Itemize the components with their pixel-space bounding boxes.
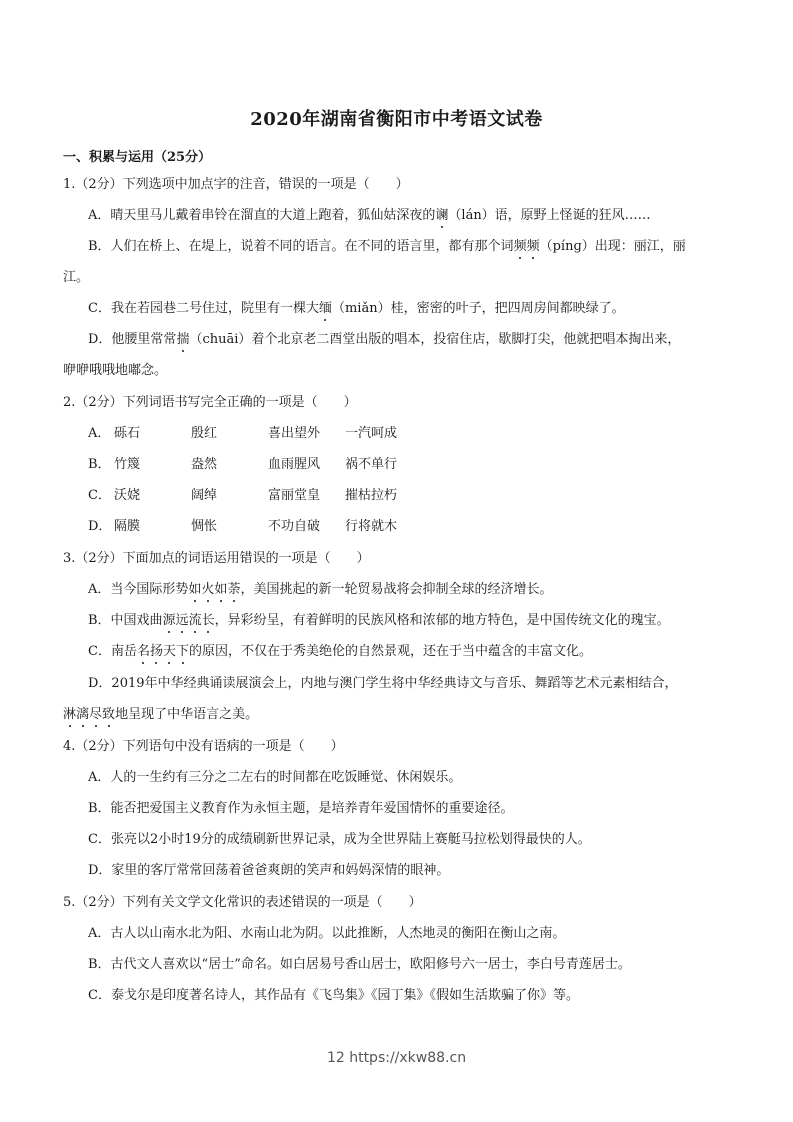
option-text: D．他腰里常常: [88, 332, 176, 347]
option-text: （miǎn）桂，密密的叶子，把四周房间都映绿了。: [332, 301, 625, 316]
word: 竹篾: [114, 456, 191, 474]
word: 喜出望外: [268, 425, 345, 443]
emphasized-char: 缅: [319, 301, 332, 316]
question-3-stem: 3.（2分）下面加点的词语运用错误的一项是（ ）: [63, 550, 370, 568]
question-1-stem: 1.（2分）下列选项中加点字的注音，错误的一项是（ ）: [63, 176, 409, 194]
word: 砾石: [114, 425, 191, 443]
option-text: B．人们在桥上、在堤上，说着不同的语言。在不同的语言里，都有那个词: [88, 239, 514, 254]
question-5-option-b: B．古代文人喜欢以“居士”命名。如白居易号香山居士，欧阳修号六一居士，李白号青莲…: [88, 956, 631, 974]
question-2-option-a: A．砾石殷红喜出望外一汽呵成: [88, 425, 422, 443]
question-4-option-b: B．能否把爱国主义教育作为永恒主题，是培养青年爱国情怀的重要途径。: [88, 800, 514, 818]
word: 隔膜: [114, 518, 191, 536]
question-1-option-c: C．我在若园巷二号住过，院里有一棵大缅（miǎn）桂，密密的叶子，把四周房间都映…: [88, 300, 625, 318]
question-5-option-a: A．古人以山南水北为阳、水南山北为阴。以此推断，人杰地灵的衡阳在衡山之南。: [88, 925, 565, 943]
page-footer: 12 https://xkw88.cn: [0, 1050, 793, 1066]
question-2-option-d: D．隔膜惆怅不功自破行将就木: [88, 518, 422, 536]
emphasized-phrase: 淋漓尽致: [63, 707, 115, 722]
emphasized-char: 频频: [514, 239, 540, 254]
section-heading: 一、积累与运用（25分）: [63, 146, 211, 165]
emphasized-phrase: 如火如荼: [188, 582, 240, 597]
question-4-stem: 4.（2分）下列语句中没有语病的一项是（ ）: [63, 738, 344, 756]
emphasized-char: 揣: [176, 332, 189, 347]
word: 祸不单行: [345, 456, 422, 474]
emphasized-phrase: 名扬天下: [137, 644, 189, 659]
word: 一汽呵成: [345, 425, 422, 443]
question-3-option-d: D．2019年中华经典诵读展演会上，内地与澳门学生将中华经典诗文与音乐、舞蹈等艺…: [88, 675, 678, 693]
question-4-option-d: D．家里的客厅常常回荡着爸爸爽朗的笑声和妈妈深情的眼神。: [88, 862, 449, 880]
word: 惆怅: [191, 518, 268, 536]
word: 行将就木: [345, 518, 422, 536]
option-text: ，美国挑起的新一轮贸易战将会抑制全球的经济增长。: [240, 582, 552, 597]
question-2-option-b: B．竹篾盎然血雨腥风祸不单行: [88, 456, 422, 474]
option-text: A．当今国际形势: [88, 582, 188, 597]
question-3-option-c: C．南岳名扬天下的原因，不仅在于秀美绝伦的自然景观，还在于当中蕴含的丰富文化。: [88, 643, 592, 661]
question-3-option-a: A．当今国际形势如火如荼，美国挑起的新一轮贸易战将会抑制全球的经济增长。: [88, 581, 552, 599]
option-text: C．我在若园巷二号住过，院里有一棵大: [88, 301, 319, 316]
option-text: 的原因，不仅在于秀美绝伦的自然景观，还在于当中蕴含的丰富文化。: [189, 644, 592, 659]
question-2-option-c: C．沃娆阔绰富丽堂皇摧枯拉朽: [88, 487, 422, 505]
emphasized-char: 谰: [435, 208, 448, 223]
question-4-option-c: C．张亮以2小时19分的成绩刷新世界记录，成为全世界陆上赛艇马拉松划得最快的人。: [88, 831, 591, 849]
option-text: C．南岳: [88, 644, 137, 659]
question-1-option-d-continued: 咿咿哦哦地嘟念。: [63, 362, 167, 380]
word: 血雨腥风: [268, 456, 345, 474]
option-text: （chuāi）着个北京老二酉堂出版的唱本，投宿住店，歇脚打尖，他就把唱本掏出来，: [189, 332, 680, 347]
question-2-stem: 2.（2分）下列词语书写完全正确的一项是（ ）: [63, 394, 357, 412]
question-1-option-d: D．他腰里常常揣（chuāi）着个北京老二酉堂出版的唱本，投宿住店，歇脚打尖，他…: [88, 331, 680, 349]
option-text: ，异彩纷呈，有着鲜明的民族风格和浓郁的地方特色，是中国传统文化的瑰宝。: [215, 613, 670, 628]
option-text: A．晴天里马儿戴着串铃在溜直的大道上跑着，狐仙姑深夜的: [88, 208, 435, 223]
option-label: A．: [88, 425, 114, 443]
exam-page: 2020年湖南省衡阳市中考语文试卷 一、积累与运用（25分） 1.（2分）下列选…: [0, 0, 793, 1122]
option-text: （lán）语，原野上怪诞的狂风……: [448, 208, 650, 223]
question-1-option-b: B．人们在桥上、在堤上，说着不同的语言。在不同的语言里，都有那个词频频（pínɡ…: [88, 238, 686, 256]
emphasized-phrase: 源远流长: [163, 613, 215, 628]
option-text: B．中国戏曲: [88, 613, 163, 628]
word: 盎然: [191, 456, 268, 474]
word: 殷红: [191, 425, 268, 443]
question-1-option-b-continued: 江。: [63, 269, 89, 287]
option-label: C．: [88, 487, 114, 505]
question-3-option-b: B．中国戏曲源远流长，异彩纷呈，有着鲜明的民族风格和浓郁的地方特色，是中国传统文…: [88, 612, 670, 630]
word: 富丽堂皇: [268, 487, 345, 505]
word: 不功自破: [268, 518, 345, 536]
word: 沃娆: [114, 487, 191, 505]
word: 摧枯拉朽: [345, 487, 422, 505]
option-text: （pínɡ）出现：丽江，丽: [540, 239, 686, 254]
question-3-option-d-continued: 淋漓尽致地呈现了中华语言之美。: [63, 706, 258, 724]
option-label: D．: [88, 518, 114, 536]
page-title: 2020年湖南省衡阳市中考语文试卷: [0, 105, 793, 131]
question-5-option-c: C．泰戈尔是印度著名诗人，其作品有《飞鸟集》《园丁集》《假如生活欺骗了你》等。: [88, 987, 579, 1005]
word: 阔绰: [191, 487, 268, 505]
question-5-stem: 5.（2分）下列有关文学文化常识的表述错误的一项是（ ）: [63, 894, 422, 912]
option-text: 地呈现了中华语言之美。: [115, 707, 258, 722]
question-4-option-a: A．人的一生约有三分之二左右的时间都在吃饭睡觉、休闲娱乐。: [88, 769, 461, 787]
option-label: B．: [88, 456, 114, 474]
question-1-option-a: A．晴天里马儿戴着串铃在溜直的大道上跑着，狐仙姑深夜的谰（lán）语，原野上怪诞…: [88, 207, 651, 225]
